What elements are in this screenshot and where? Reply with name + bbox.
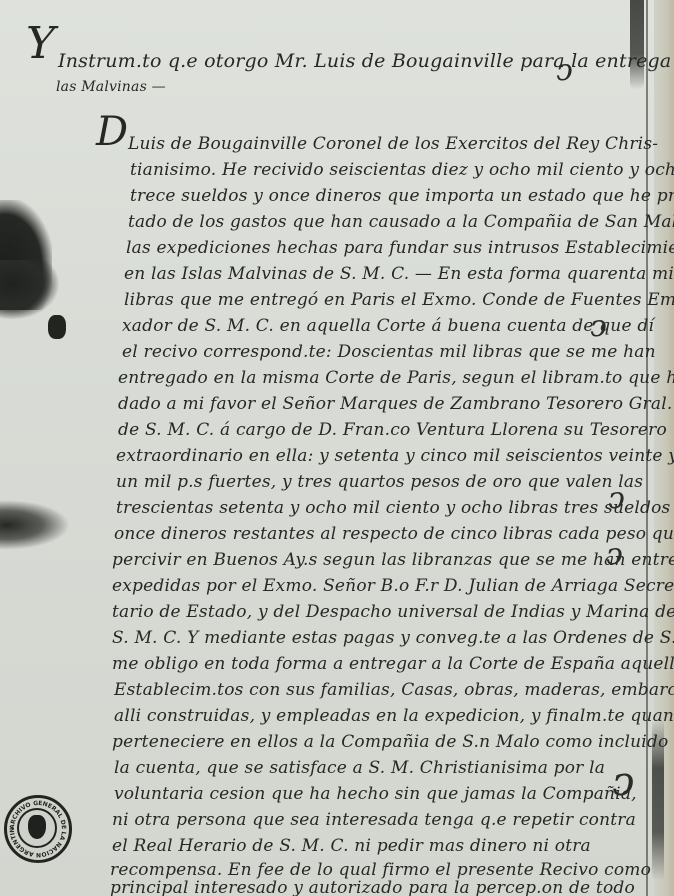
manuscript-line: el recivo correspond.te: Doscientas mil … — [122, 344, 656, 361]
body-initial: D — [96, 112, 128, 152]
manuscript-line: un mil p.s fuertes, y tres quartos pesos… — [116, 474, 643, 491]
manuscript-line: Luis de Bougainville Coronel de los Exer… — [128, 136, 658, 153]
flourish-icon: ↄ — [608, 484, 625, 514]
manuscript-line: percivir en Buenos Ay.s segun las libran… — [112, 552, 674, 569]
archive-stamp: ARCHIVO GENERAL DE LA NACION ARGENTINA — [4, 795, 72, 863]
manuscript-line: voluntaria cesion que ha hecho sin que j… — [114, 786, 637, 803]
ink-blot — [48, 315, 66, 339]
manuscript-line: Establecim.tos con sus familias, Casas, … — [114, 682, 674, 699]
manuscript-line: recompensa. En fee de lo qual firmo el p… — [110, 862, 651, 879]
manuscript-page: Y Instrum.to q.e otorgo Mr. Luis de Boug… — [0, 0, 674, 896]
manuscript-line: principal interesado y autorizado para l… — [110, 880, 635, 896]
manuscript-line: trece sueldos y once dineros que importa… — [130, 188, 674, 205]
manuscript-line: ni otra persona que sea interesada tenga… — [112, 812, 636, 829]
heading-line-1: Instrum.to q.e otorgo Mr. Luis de Bougai… — [58, 52, 674, 71]
manuscript-line: entregado en la misma Corte de Paris, se… — [118, 370, 674, 387]
flourish-icon: ↄ — [556, 56, 573, 86]
ink-blot — [0, 500, 70, 550]
manuscript-line: expedidas por el Exmo. Señor B.o F.r D. … — [112, 578, 674, 595]
manuscript-line: tianisimo. He recivido seiscientas diez … — [130, 162, 674, 179]
manuscript-line: la cuenta, que se satisface a S. M. Chri… — [114, 760, 605, 777]
manuscript-line: dado a mi favor el Señor Marques de Zamb… — [118, 396, 672, 413]
manuscript-line: xador de S. M. C. en aquella Corte á bue… — [122, 318, 654, 335]
manuscript-line: trescientas setenta y ocho mil ciento y … — [116, 500, 674, 517]
manuscript-line: S. M. C. Y mediante estas pagas y conveg… — [112, 630, 674, 647]
manuscript-line: libras que me entregó en Paris el Exmo. … — [124, 292, 674, 309]
manuscript-line: alli construidas, y empleadas en la expe… — [114, 708, 674, 725]
coat-of-arms-icon — [17, 808, 57, 848]
flourish-icon: ↄ — [612, 762, 634, 802]
heading-line-2: las Malvinas — — [56, 80, 166, 94]
manuscript-line: en las Islas Malvinas de S. M. C. — En e… — [124, 266, 674, 283]
manuscript-line: el Real Herario de S. M. C. ni pedir mas… — [112, 838, 591, 855]
manuscript-line: tario de Estado, y del Despacho universa… — [112, 604, 674, 621]
manuscript-line: de S. M. C. á cargo de D. Fran.co Ventur… — [118, 422, 667, 439]
manuscript-line: me obligo en toda forma a entregar a la … — [112, 656, 674, 673]
flourish-icon: ↄ — [606, 540, 623, 570]
manuscript-line: tado de los gastos que han causado a la … — [128, 214, 674, 231]
flourish-icon: ↄ — [590, 312, 607, 342]
manuscript-line: perteneciere en ellos a la Compañia de S… — [112, 734, 674, 751]
manuscript-line: once dineros restantes al respecto de ci… — [114, 526, 674, 543]
ink-blot — [0, 260, 60, 320]
manuscript-line: extraordinario en ella: y setenta y cinc… — [116, 448, 674, 465]
manuscript-line: las expediciones hechas para fundar sus … — [126, 240, 674, 257]
heading-initial: Y — [26, 22, 55, 66]
ink-smear-top — [630, 0, 644, 90]
